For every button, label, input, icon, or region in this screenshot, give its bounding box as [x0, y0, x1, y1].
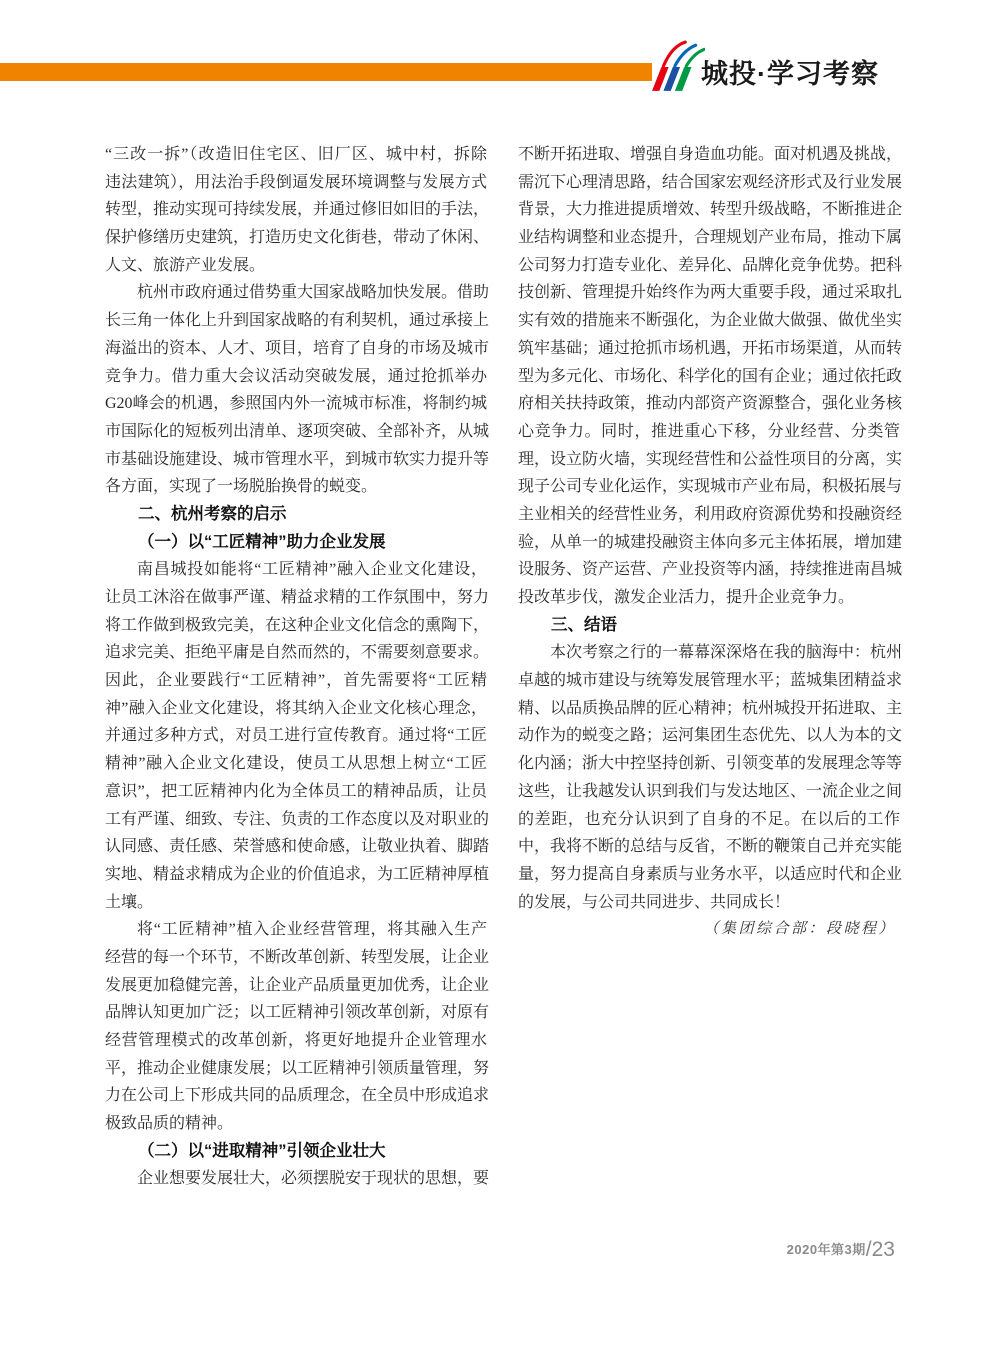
text-line: 工有严谨、细致、专注、负责的工作态度以及对职业的: [105, 806, 487, 834]
text-line: 动作为的蜕变之路；运河集团生态优先、以人为本的文: [518, 722, 900, 750]
text-line: 实有效的措施来不断强化，为企业做大做强、做优坐实: [518, 307, 900, 335]
text-line: 土壤。: [105, 889, 487, 917]
text-line: 违法建筑），用法治手段倒逼发展环境调整与发展方式: [105, 169, 487, 197]
text-line: 将工作做到极致完美，在这种企业文化信念的熏陶下，: [105, 612, 487, 640]
text-line: 投改革步伐，激发企业活力，提升企业竞争力。: [518, 584, 900, 612]
text-line: 南昌城投如能将“工匠精神”融入企业文化建设，: [105, 556, 487, 584]
text-line: 并通过多种方式，对员工进行宣传教育。通过将“工匠: [105, 722, 487, 750]
text-line: 认同感、责任感、荣誉感和使命感，让敬业执着、脚踏: [105, 833, 487, 861]
text-line: 长三角一体化上升到国家战略的有利契机，通过承接上: [105, 307, 487, 335]
page-footer: 2020年第3期/23: [595, 1238, 895, 1266]
text-line: 的差距，也充分认识到了自身的不足。在以后的工作: [518, 806, 900, 834]
left-text-column: “三改一拆”（改造旧住宅区、旧厂区、城中村，拆除违法建筑），用法治手段倒逼发展环…: [105, 141, 487, 1193]
text-line: 精神”融入企业文化建设，使员工从思想上树立“工匠: [105, 750, 487, 778]
text-line: 三、结语: [518, 612, 900, 640]
text-line: 意识”，把工匠精神内化为全体员工的精神品质，让员: [105, 778, 487, 806]
text-line: 公司努力打造专业化、差异化、品牌化竞争优势。把科: [518, 252, 900, 280]
text-line: （集团综合部：段晓程）: [518, 916, 900, 944]
text-line: 背景，大力推进提质增效、转型升级战略，不断推进企: [518, 196, 900, 224]
brand-logo-icon: [651, 39, 705, 93]
text-line: 卓越的城市建设与统筹发展管理水平；蓝城集团精益求: [518, 667, 900, 695]
text-line: 保护修缮历史建筑，打造历史文化街巷，带动了休闲、: [105, 224, 487, 252]
text-line: 杭州市政府通过借势重大国家战略加快发展。借助: [105, 279, 487, 307]
footer-issue-label: 2020年第3期: [787, 1242, 866, 1257]
text-line: 让员工沐浴在做事严谨、精益求精的工作氛围中，努力: [105, 584, 487, 612]
text-line: 发展更加稳健完善，让企业产品质量更加优秀，让企业: [105, 972, 487, 1000]
text-line: 经营管理模式的改革创新，将更好地提升企业管理水: [105, 1027, 487, 1055]
text-line: 本次考察之行的一幕幕深深烙在我的脑海中：杭州: [518, 639, 900, 667]
text-line: 追求完美、拒绝平庸是自然而然的，不需要刻意要求。: [105, 639, 487, 667]
text-line: 技创新、管理提升始终作为两大重要手段，通过采取扎: [518, 279, 900, 307]
header-accent-bar: [0, 63, 652, 81]
text-line: G20峰会的机遇，参照国内外一流城市标准，将制约城: [105, 390, 487, 418]
text-line: 型为多元化、市场化、科学化的国有企业；通过依托政: [518, 363, 900, 391]
right-text-column: 不断开拓进取、增强自身造血功能。面对机遇及挑战，需沉下心理清思路，结合国家宏观经…: [518, 141, 900, 944]
text-line: 品牌认知更加广泛；以工匠精神引领改革创新，对原有: [105, 999, 487, 1027]
masthead-title: 城投·学习考察: [701, 57, 911, 91]
text-line: 平，推动企业健康发展；以工匠精神引领质量管理，努: [105, 1055, 487, 1083]
text-line: 心竞争力。同时，推进重心下移，分业经营、分类管: [518, 418, 900, 446]
text-line: 需沉下心理清思路，结合国家宏观经济形式及行业发展: [518, 169, 900, 197]
text-line: 市基础设施建设、城市管理水平，到城市软实力提升等: [105, 446, 487, 474]
text-line: “三改一拆”（改造旧住宅区、旧厂区、城中村，拆除: [105, 141, 487, 169]
text-line: 理，设立防火墙，实现经营性和公益性项目的分离，实: [518, 446, 900, 474]
text-line: 的发展，与公司共同进步、共同成长！: [518, 889, 900, 917]
text-line: 现子公司专业化运作，实现城市产业布局，积极拓展与: [518, 473, 900, 501]
text-line: 人文、旅游产业发展。: [105, 252, 487, 280]
text-line: 企业想要发展壮大，必须摆脱安于现状的思想，要: [105, 1165, 487, 1193]
text-line: 因此，企业要践行“工匠精神”，首先需要将“工匠精: [105, 667, 487, 695]
text-line: 不断开拓进取、增强自身造血功能。面对机遇及挑战，: [518, 141, 900, 169]
text-line: 市国际化的短板列出清单、逐项突破、全部补齐，从城: [105, 418, 487, 446]
text-line: 精、以品质换品牌的匠心精神；杭州城投开拓进取、主: [518, 695, 900, 723]
text-line: 业结构调整和业态提升，合理规划产业布局，推动下属: [518, 224, 900, 252]
text-line: 各方面，实现了一场脱胎换骨的蜕变。: [105, 473, 487, 501]
text-line: 主业相关的经营性业务，利用政府资源优势和投融资经: [518, 501, 900, 529]
text-line: 经营的每一个环节，不断改革创新、转型发展，让企业: [105, 944, 487, 972]
text-line: 力在公司上下形成共同的品质理念，在全员中形成追求: [105, 1082, 487, 1110]
text-line: 中，我将不断的总结与反省，不断的鞭策自己并充实能: [518, 833, 900, 861]
text-line: 转型，推动实现可持续发展，并通过修旧如旧的手法，: [105, 196, 487, 224]
text-line: 海溢出的资本、人才、项目，培育了自身的市场及城市: [105, 335, 487, 363]
text-line: 量，努力提高自身素质与业务水平，以适应时代和企业: [518, 861, 900, 889]
text-line: 将“工匠精神”植入企业经营管理，将其融入生产: [105, 916, 487, 944]
magazine-page: 城投·学习考察 “三改一拆”（改造旧住宅区、旧厂区、城中村，拆除违法建筑），用法…: [0, 0, 1000, 1347]
text-line: 验，从单一的城建投融资主体向多元主体拓展，增加建: [518, 529, 900, 557]
text-line: 化内涵；浙大中控坚持创新、引领变革的发展理念等等: [518, 750, 900, 778]
text-line: 这些，让我越发认识到我们与发达地区、一流企业之间: [518, 778, 900, 806]
text-line: 府相关扶持政策，推动内部资产资源整合，强化业务核: [518, 390, 900, 418]
text-line: 神”融入企业文化建设，将其纳入企业文化核心理念，: [105, 695, 487, 723]
text-line: 筑牢基础；通过抢抓市场机遇，开拓市场渠道，从而转: [518, 335, 900, 363]
text-line: 设服务、资产运营、产业投资等内涵，持续推进南昌城: [518, 556, 900, 584]
text-line: 极致品质的精神。: [105, 1110, 487, 1138]
text-line: 实地、精益求精成为企业的价值追求，为工匠精神厚植: [105, 861, 487, 889]
text-line: （二）以“进取精神”引领企业壮大: [105, 1138, 487, 1166]
text-line: 竞争力。借力重大会议活动突破发展，通过抢抓举办: [105, 363, 487, 391]
text-line: （一）以“工匠精神”助力企业发展: [105, 529, 487, 557]
text-line: 二、杭州考察的启示: [105, 501, 487, 529]
footer-page-number: /23: [866, 1238, 895, 1261]
